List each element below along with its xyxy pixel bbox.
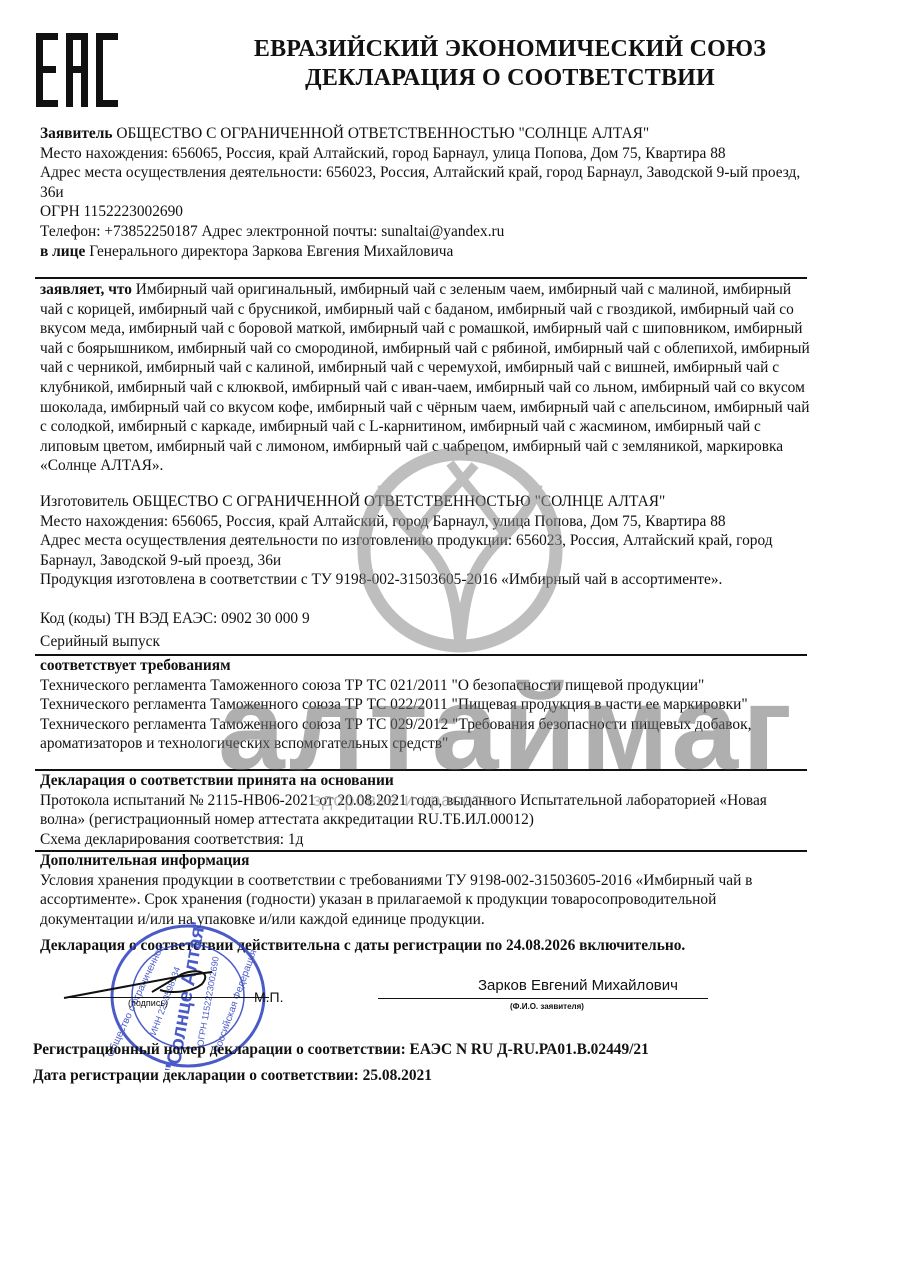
products-section: заявляет, что Имбирный чай оригинальный,… — [40, 280, 810, 476]
regulation-item: Технического регламента Таможенного союз… — [40, 715, 810, 754]
validity-statement: Декларация о соответствии действительна … — [40, 936, 810, 956]
applicant-contacts: Телефон: +73852250187 Адрес электронной … — [40, 222, 810, 242]
declaration-document: ЕВРАЗИЙСКИЙ ЭКОНОМИЧЕСКИЙ СОЮЗ ДЕКЛАРАЦИ… — [0, 0, 900, 1272]
applicant-section: Заявитель ОБЩЕСТВО С ОГРАНИЧЕННОЙ ОТВЕТС… — [40, 124, 810, 261]
applicant-label: Заявитель — [40, 125, 113, 142]
manufacturer-production-address: Адрес места осуществления деятельности п… — [40, 531, 810, 570]
applicant-activity-address: Адрес места осуществления деятельности: … — [40, 163, 810, 202]
declaration-scheme: Схема декларирования соответствия: 1д — [40, 830, 810, 850]
test-protocol: Протокола испытаний № 2115-НВ06-2021 от … — [40, 791, 810, 830]
regulation-item: Технического регламента Таможенного союз… — [40, 676, 810, 696]
additional-text: Условия хранения продукции в соответстви… — [40, 871, 810, 930]
declares-label: заявляет, что — [40, 281, 132, 298]
regulation-item: Технического регламента Таможенного союз… — [40, 695, 810, 715]
additional-section: Дополнительная информация Условия хранен… — [40, 851, 810, 929]
compliance-section: соответствует требованиям Технического р… — [40, 656, 810, 754]
release-type: Серийный выпуск — [40, 632, 810, 652]
basis-section: Декларация о соответствии принята на осн… — [40, 771, 810, 849]
union-title: ЕВРАЗИЙСКИЙ ЭКОНОМИЧЕСКИЙ СОЮЗ — [150, 34, 870, 64]
manufacturer-name: Изготовитель ОБЩЕСТВО С ОГРАНИЧЕННОЙ ОТВ… — [40, 492, 810, 512]
document-title: ДЕКЛАРАЦИЯ О СООТВЕТСТВИИ — [150, 63, 870, 93]
eac-logo-icon — [36, 33, 118, 107]
signatory-name: Зарков Евгений Михайлович — [478, 977, 678, 994]
divider — [35, 277, 807, 279]
seal-label: М.П. — [254, 989, 284, 1005]
represented-label: в лице — [40, 243, 85, 260]
additional-heading: Дополнительная информация — [40, 851, 810, 871]
signature-icon — [62, 962, 242, 1002]
name-caption: (Ф.И.О. заявителя) — [510, 1002, 584, 1011]
applicant-location: Место нахождения: 656065, Россия, край А… — [40, 144, 810, 164]
codes-section: Код (коды) ТН ВЭД ЕАЭС: 0902 30 000 9 Се… — [40, 609, 810, 651]
basis-heading: Декларация о соответствии принята на осн… — [40, 771, 810, 791]
represented-by: Генерального директора Заркова Евгения М… — [85, 243, 453, 260]
signature-caption: (подпись) — [128, 998, 168, 1008]
tn-ved-code: Код (коды) ТН ВЭД ЕАЭС: 0902 30 000 9 — [40, 609, 810, 629]
manufacturer-section: Изготовитель ОБЩЕСТВО С ОГРАНИЧЕННОЙ ОТВ… — [40, 492, 810, 590]
compliance-heading: соответствует требованиям — [40, 656, 810, 676]
name-line — [378, 998, 708, 999]
registration-date: Дата регистрации декларации о соответств… — [33, 1067, 432, 1085]
applicant-name: ОБЩЕСТВО С ОГРАНИЧЕННОЙ ОТВЕТСТВЕННОСТЬЮ… — [113, 125, 650, 142]
registration-number: Регистрационный номер декларации о соотв… — [33, 1041, 649, 1059]
products-list: Имбирный чай оригинальный, имбирный чай … — [40, 281, 810, 474]
applicant-ogrn: ОГРН 1152223002690 — [40, 202, 810, 222]
manufacturer-standard: Продукция изготовлена в соответствии с Т… — [40, 570, 810, 590]
manufacturer-location: Место нахождения: 656065, Россия, край А… — [40, 512, 810, 532]
